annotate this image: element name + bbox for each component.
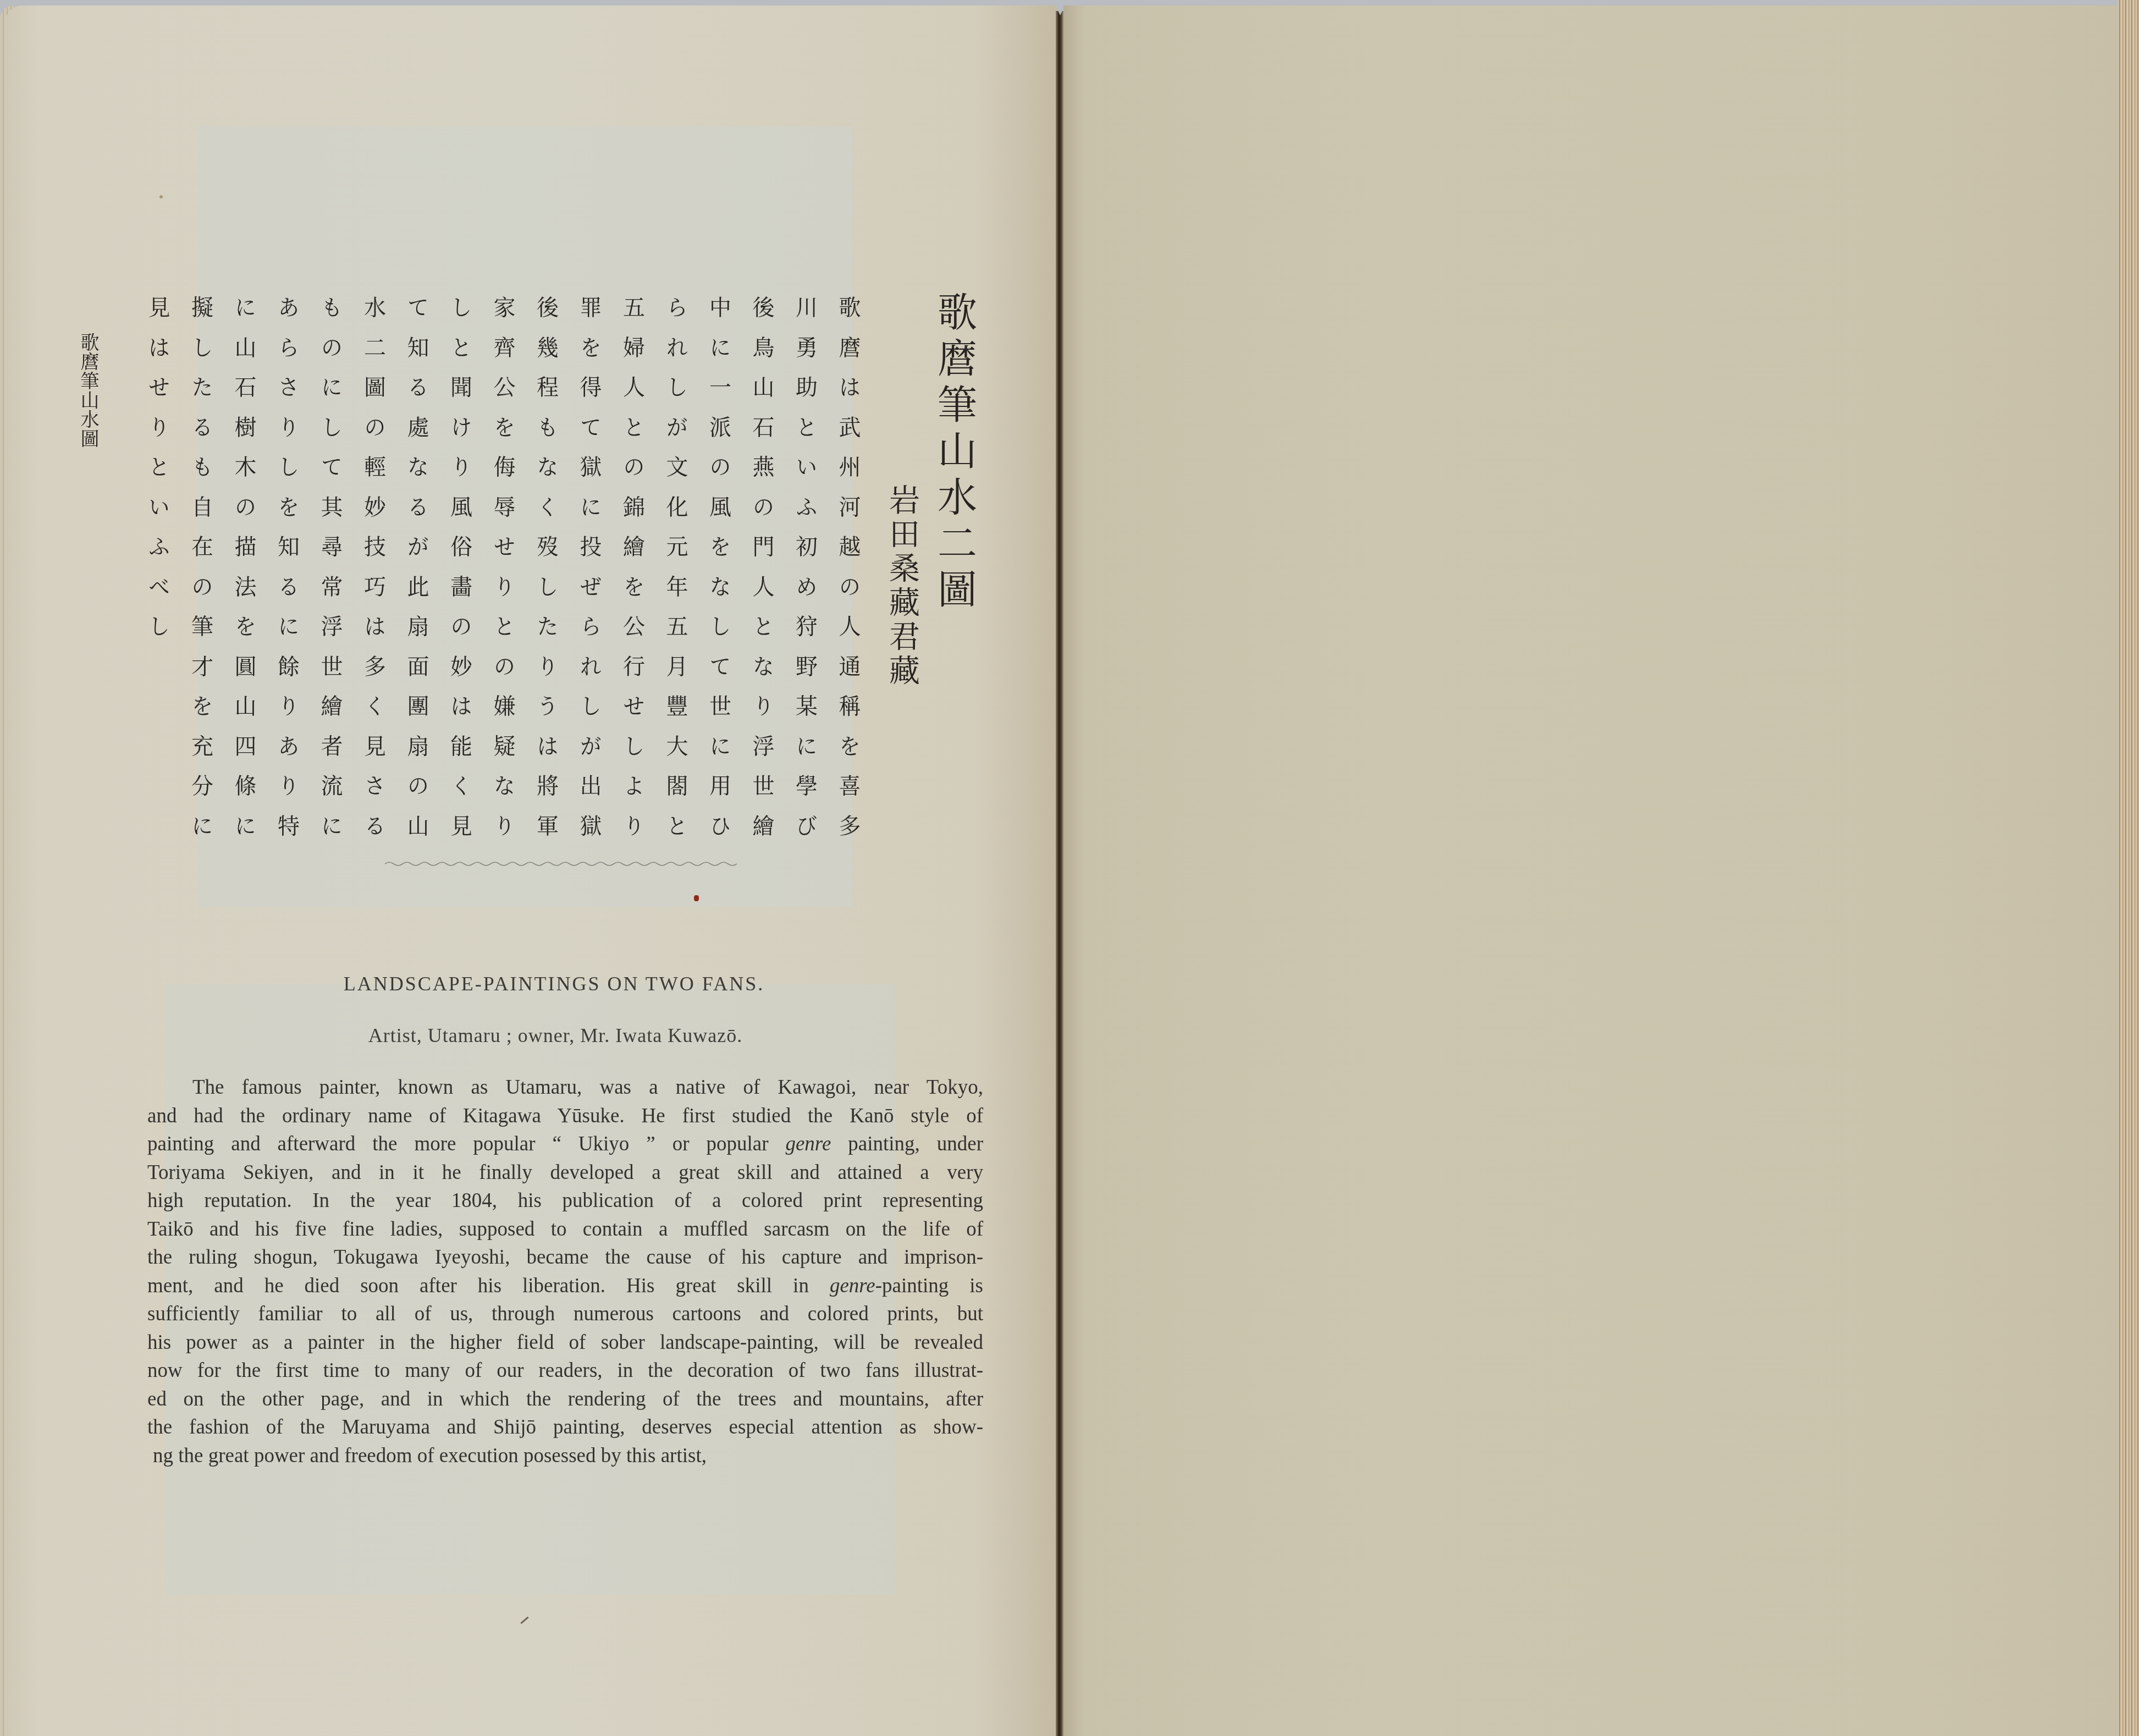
jp-body-column: 後鳥山石燕の門人となり浮世繪: [746, 296, 778, 854]
en-body-line: the ruling shogun, Tokugawa Iyeyoshi, be…: [147, 1243, 983, 1272]
en-body-line: now for the first time to many of our re…: [147, 1357, 983, 1385]
en-body-line: Taikō and his five fine ladies, supposed…: [147, 1215, 983, 1244]
en-body-line: sufficiently familiar to all of us, thro…: [147, 1300, 983, 1329]
jp-body-column: 罪を得て獄に投ぜられしが出獄: [574, 296, 605, 854]
text-run: painting, under: [831, 1133, 983, 1155]
jp-title: 歌麿筆山水二圖: [925, 291, 983, 615]
en-body-line: high reputation. In the year 1804, his p…: [147, 1187, 983, 1215]
red-ink-speck: [694, 895, 699, 901]
jp-body-column: 見はせりといふべし: [142, 296, 173, 655]
jp-body-column: 川勇助といふ初め狩野某に學び: [790, 296, 821, 854]
running-head: 歌麿筆山水圖: [75, 333, 102, 448]
en-body-line: Toriyama Sekiyen, and in it he finally d…: [147, 1159, 983, 1187]
wavy-rule-mark: [385, 861, 737, 867]
en-body-line: painting and afterward the more popular …: [147, 1130, 983, 1159]
text-run: ment, and he died soon after his liberat…: [147, 1275, 830, 1297]
jp-body-column: しと聞けり風俗畵の妙は能く見: [444, 296, 476, 854]
jp-body-column: 歌麿は武州河越の人通稱を喜多: [833, 296, 864, 854]
en-subtitle: Artist, Utamaru ; owner, Mr. Iwata Kuwaz…: [0, 1024, 1053, 1047]
right-page-blank: [1063, 5, 2119, 1736]
en-body-line: ment, and he died soon after his liberat…: [147, 1272, 983, 1300]
italic-term: genre: [830, 1275, 875, 1297]
jp-body-column: 擬したるも自在の筆才を充分に: [185, 296, 217, 854]
right-page-edges: [2117, 0, 2139, 1736]
text-run: -painting is: [875, 1275, 983, 1297]
book-gutter: [1056, 11, 1063, 1736]
book-spread: 歌麿筆山水圖 歌麿筆山水二圖 岩田桑藏君藏 歌麿は武州河越の人通稱を喜多川勇助と…: [0, 0, 2139, 1736]
en-title: LANDSCAPE-PAINTINGS ON TWO FANS.: [0, 972, 1053, 995]
jp-body-column: 家齊公を侮辱せりとの嫌疑なり: [487, 296, 519, 854]
jp-body-column: あらさりしを知るに餘りあり特: [272, 296, 303, 854]
jp-body-column: に山石樹木の描法を圓山四條に: [228, 296, 260, 854]
jp-body-column: られしが文化元年五月豐大閤と: [660, 296, 691, 854]
en-body-line: The famous painter, known as Utamaru, wa…: [147, 1073, 983, 1102]
en-body-line: ed on the other page, and in which the r…: [147, 1385, 983, 1414]
paper-speck: [159, 195, 163, 199]
jp-body-column: 後幾程もなく歿したりうは將軍: [531, 296, 562, 854]
jp-body-column: ものにして其尋常浮世繪者流に: [315, 296, 346, 854]
italic-term: genre: [785, 1133, 831, 1155]
en-body-paragraph: The famous painter, known as Utamaru, wa…: [147, 1073, 983, 1470]
jp-body-column: て知る處なるが此扇面團扇の山: [401, 296, 432, 854]
jp-body-column: 五婦人との錦繪を公行せしより: [617, 296, 648, 854]
en-body-line: the fashion of the Maruyama and Shijō pa…: [147, 1413, 983, 1442]
jp-body-column: 中に一派の風をなして世に用ひ: [703, 296, 735, 854]
jp-owner: 岩田桑藏君藏: [880, 484, 924, 688]
en-body-line: and had the ordinary name of Kitagawa Yū…: [147, 1102, 983, 1131]
en-body-line: ng the great power and freedom of execut…: [147, 1442, 983, 1470]
en-body-line: his power as a painter in the higher fie…: [147, 1329, 983, 1357]
jp-body-column: 水二圖の輕妙技巧は多く見さる: [358, 296, 389, 854]
text-run: painting and afterward the more popular …: [147, 1133, 785, 1155]
